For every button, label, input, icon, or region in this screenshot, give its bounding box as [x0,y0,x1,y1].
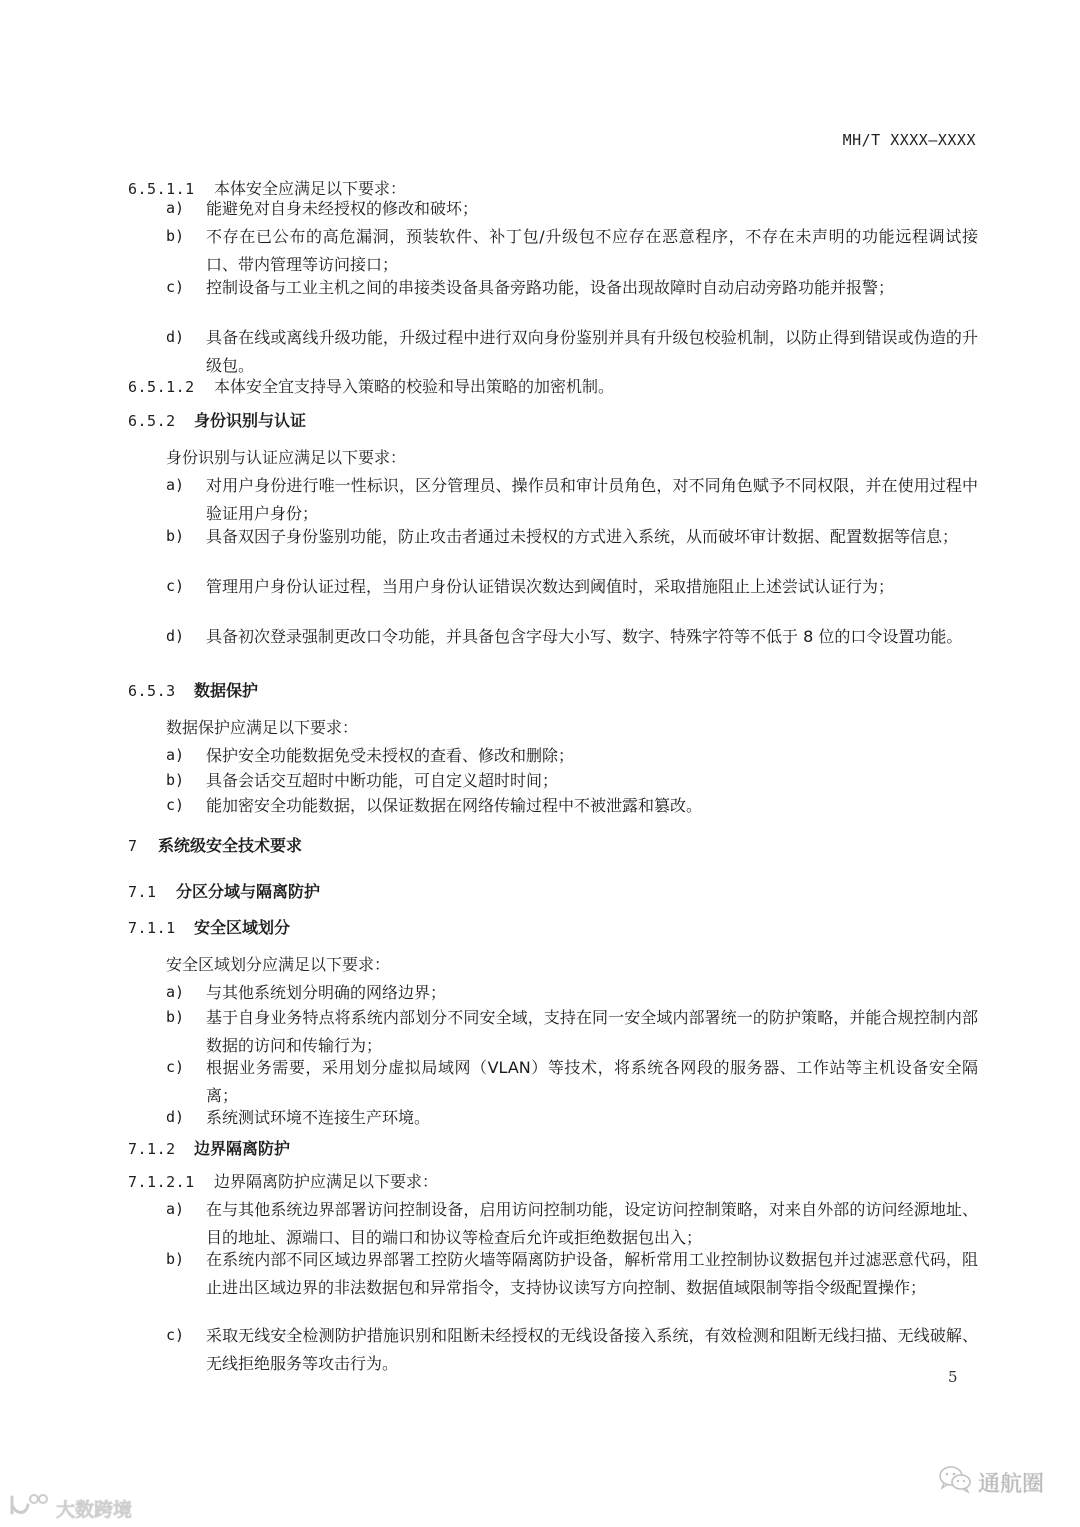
list-item: 具备初次登录强制更改口令功能，并具备包含字母大小写、数字、特殊字符等不低于 8 … [206,623,978,651]
section-number: 7.1.2 [128,1139,194,1159]
item-label: c) [166,1326,184,1344]
section-number: 7.1.1 [128,918,194,938]
list-item: 采取无线安全检测防护措施识别和阻断未经授权的无线设备接入系统，有效检测和阻断无线… [206,1322,978,1378]
watermark-left: 大数跨境 [8,1493,132,1524]
item-label: d) [166,1108,184,1126]
item-label: a) [166,476,184,494]
section-title: 边界隔离防护 [194,1139,290,1158]
section-7-1-1-heading: 7.1.1安全区域划分 [128,918,290,938]
chapter-7-heading: 7系统级安全技术要求 [128,836,302,856]
item-label: c) [166,278,184,296]
kg-logo-icon [8,1493,52,1524]
list-item: 能加密安全功能数据，以保证数据在网络传输过程中不被泄露和篡改。 [206,792,978,820]
list-item: 与其他系统划分明确的网络边界； [206,979,978,1007]
list-item: 在与其他系统边界部署访问控制设备，启用访问控制功能，设定访问控制策略，对来自外部… [206,1196,978,1252]
watermark-left-text: 大数跨境 [56,1495,132,1522]
item-label: b) [166,1250,184,1268]
item-label: c) [166,796,184,814]
watermark-right-text: 通航圈 [978,1467,1044,1498]
item-label: d) [166,627,184,645]
item-label: b) [166,1008,184,1026]
section-6-5-2-heading: 6.5.2身份识别与认证 [128,411,306,431]
list-item: 能避免对自身未经授权的修改和破坏； [206,195,978,223]
section-number: 7.1 [128,882,176,902]
section-title: 分区分域与隔离防护 [176,882,320,901]
chapter-number: 7 [128,836,158,856]
list-item: 具备双因子身份鉴别功能，防止攻击者通过未授权的方式进入系统，从而破坏审计数据、配… [206,523,978,551]
list-item: 具备在线或离线升级功能，升级过程中进行双向身份鉴别并具有升级包校验机制，以防止得… [206,324,978,380]
section-6-5-3-heading: 6.5.3数据保护 [128,681,258,701]
standard-code: MH/T XXXX—XXXX [843,131,976,149]
section-intro: 身份识别与认证应满足以下要求： [166,448,406,468]
section-number: 6.5.2 [128,411,194,431]
list-item: 控制设备与工业主机之间的串接类设备具备旁路功能，设备出现故障时自动启动旁路功能并… [206,274,978,302]
chapter-title: 系统级安全技术要求 [158,836,302,855]
clause-7-1-2-1: 7.1.2.1边界隔离防护应满足以下要求： [128,1172,438,1192]
section-title: 身份识别与认证 [194,411,306,430]
item-label: a) [166,199,184,217]
item-label: b) [166,227,184,245]
section-title: 数据保护 [194,681,258,700]
list-item: 保护安全功能数据免受未授权的查看、修改和删除； [206,742,978,770]
list-item: 不存在已公布的高危漏洞，预装软件、补丁包/升级包不应存在恶意程序，不存在未声明的… [206,223,978,279]
clause-6-5-1-2: 6.5.1.2本体安全宜支持导入策略的校验和导出策略的加密机制。 [128,377,614,397]
section-intro: 安全区域划分应满足以下要求： [166,955,390,975]
section-number: 6.5.3 [128,681,194,701]
clause-number: 6.5.1.2 [128,377,214,397]
section-7-1-heading: 7.1分区分域与隔离防护 [128,882,320,902]
item-label: a) [166,746,184,764]
list-item: 对用户身份进行唯一性标识，区分管理员、操作员和审计员角色，对不同角色赋予不同权限… [206,472,978,528]
item-label: a) [166,1200,184,1218]
item-label: b) [166,771,184,789]
page-number: 5 [948,1368,958,1386]
list-item: 系统测试环境不连接生产环境。 [206,1104,978,1132]
list-item: 基于自身业务特点将系统内部划分不同安全域，支持在同一安全域内部署统一的防护策略，… [206,1004,978,1060]
document-page: MH/T XXXX—XXXX 6.5.1.1本体安全应满足以下要求： a) 能避… [0,0,1080,1527]
wechat-icon [938,1464,972,1500]
clause-title: 本体安全宜支持导入策略的校验和导出策略的加密机制。 [214,377,614,396]
item-label: d) [166,328,184,346]
item-label: c) [166,1058,184,1076]
list-item: 在系统内部不同区域边界部署工控防火墙等隔离防护设备，解析常用工业控制协议数据包并… [206,1246,978,1302]
section-title: 安全区域划分 [194,918,290,937]
list-item: 管理用户身份认证过程，当用户身份认证错误次数达到阈值时，采取措施阻止上述尝试认证… [206,573,978,601]
list-item: 根据业务需要，采用划分虚拟局域网（VLAN）等技术，将系统各网段的服务器、工作站… [206,1054,978,1110]
section-intro: 数据保护应满足以下要求： [166,718,358,738]
item-label: b) [166,527,184,545]
list-item: 具备会话交互超时中断功能，可自定义超时时间； [206,767,978,795]
clause-number: 7.1.2.1 [128,1172,214,1192]
watermark-right: 通航圈 [938,1464,1044,1500]
item-label: c) [166,577,184,595]
section-7-1-2-heading: 7.1.2边界隔离防护 [128,1139,290,1159]
clause-title: 边界隔离防护应满足以下要求： [214,1172,438,1191]
clause-number: 6.5.1.1 [128,179,214,199]
item-label: a) [166,983,184,1001]
